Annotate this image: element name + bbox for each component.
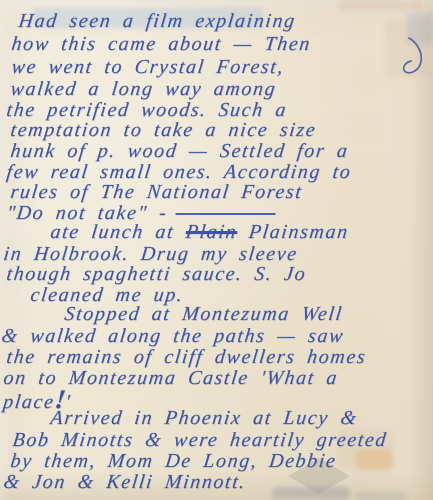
handwritten-line: few real small ones. According to — [5, 161, 353, 183]
bleed-through-print-top-2 — [385, 20, 429, 78]
handwritten-text: though spaghetti sauce. S. Jo — [5, 263, 307, 285]
handwritten-line: by them, Mom De Long, Debbie — [9, 450, 338, 472]
bleed-through-text-bottom-2 — [355, 492, 407, 500]
handwritten-line: the remains of cliff dwellers homes — [5, 346, 367, 368]
handwritten-text: on to Montezuma Castle 'What a — [2, 367, 339, 389]
handwritten-line: on to Montezuma Castle 'What a — [2, 367, 339, 389]
handwritten-text: & Jon & Kelli Minnott. — [2, 471, 247, 493]
handwritten-line: & walked along the paths — saw — [0, 325, 345, 347]
handwritten-line: & Jon & Kelli Minnott. — [2, 471, 247, 493]
pen-rule-line — [175, 213, 275, 215]
bleed-through-orange-bottom — [356, 450, 392, 470]
handwritten-text: place — [2, 391, 56, 413]
handwritten-text: hunk of p. wood — Settled for a — [9, 140, 350, 162]
handwritten-text: rules of The National Forest — [9, 181, 304, 203]
bleed-through-text-bottom-1 — [272, 487, 350, 499]
handwritten-text: Plainsman — [236, 221, 350, 243]
handwritten-line: rules of The National Forest — [9, 181, 304, 203]
handwritten-text: Had seen a film explaining — [17, 10, 297, 32]
handwritten-line: hunk of p. wood — Settled for a — [9, 140, 350, 162]
handwritten-text: few real small ones. According to — [5, 161, 353, 183]
handwritten-text: ate lunch at — [49, 221, 187, 243]
handwritten-text: & walked along the paths — saw — [0, 325, 345, 347]
handwritten-text: how this came about — Then — [10, 33, 312, 55]
handwritten-line: Stopped at Montezuma Well — [63, 303, 344, 325]
handwritten-line: Arrived in Phoenix at Lucy & — [49, 407, 359, 429]
handwritten-line: in Holbrook. Drug my sleeve — [2, 243, 299, 265]
journal-page: Had seen a film explaininghow this came … — [0, 0, 433, 500]
handwritten-text: in Holbrook. Drug my sleeve — [2, 243, 299, 265]
bleed-through-block-top-right — [407, 13, 433, 45]
handwritten-line: ate lunch at Plain Plainsman — [49, 221, 350, 243]
handwritten-line: Had seen a film explaining — [17, 10, 297, 32]
handwritten-line: we went to Crystal Forest, — [10, 56, 285, 78]
handwritten-text: Arrived in Phoenix at Lucy & — [49, 407, 359, 429]
handwritten-line: though spaghetti sauce. S. Jo — [5, 263, 307, 285]
handwritten-text: the petrified woods. Such a — [5, 99, 288, 121]
bleed-through-print-top-1 — [338, 0, 423, 11]
handwritten-text: Bob Minotts & were heartily greeted — [11, 429, 388, 451]
handwritten-text: we went to Crystal Forest, — [10, 56, 285, 78]
handwritten-line: walked a long way among — [9, 78, 277, 100]
handwritten-text: walked a long way among — [9, 78, 277, 100]
handwritten-text: by them, Mom De Long, Debbie — [9, 450, 338, 472]
handwritten-line: how this came about — Then — [10, 33, 312, 55]
handwritten-text: the remains of cliff dwellers homes — [5, 346, 367, 368]
handwritten-line: the petrified woods. Such a — [5, 99, 288, 121]
handwritten-line: temptation to take a nice size — [9, 119, 317, 141]
handwritten-text: temptation to take a nice size — [9, 119, 317, 141]
handwritten-text: Stopped at Montezuma Well — [63, 303, 344, 325]
pen-flourish-loop — [399, 36, 431, 82]
handwritten-line: Bob Minotts & were heartily greeted — [11, 429, 388, 451]
crossed-out-word: Plain — [185, 221, 239, 243]
